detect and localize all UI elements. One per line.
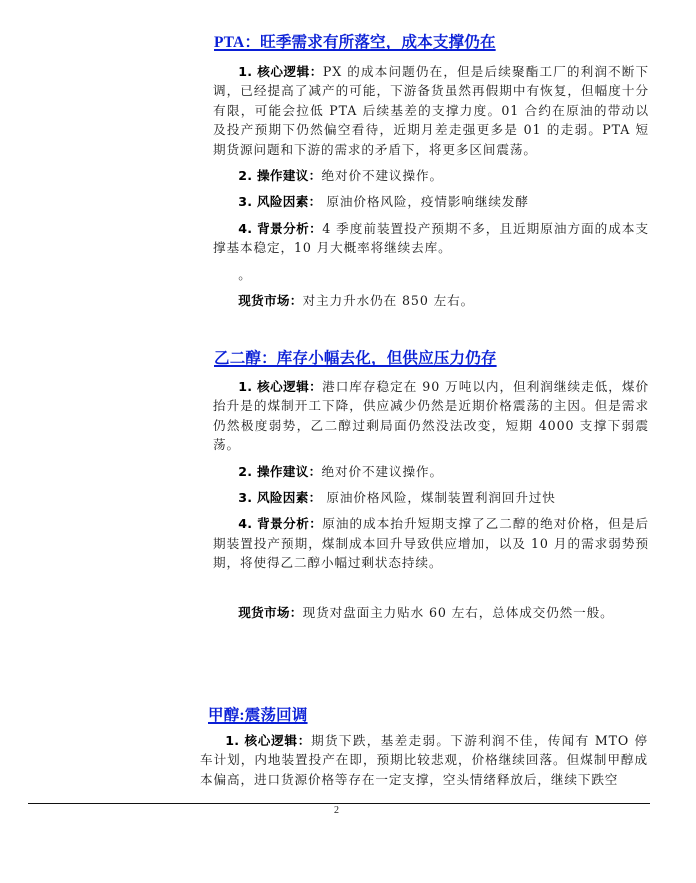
pta-operation-advice: 2. 操作建议：绝对价不建议操作。: [213, 166, 649, 185]
label: 3. 风险因素：: [238, 194, 321, 209]
label: 4. 背景分析：: [238, 516, 322, 531]
section-title-pta: PTA：旺季需求有所落空，成本支撑仍在: [214, 30, 496, 52]
section-title-methanol: 甲醇:震荡回调: [208, 703, 308, 725]
eg-core-logic: 1. 核心逻辑：港口库存稳定在 90 万吨以内，但利润继续走低，煤价抬升是的煤制…: [213, 377, 649, 455]
label: 4. 背景分析：: [238, 221, 322, 236]
section-title-ethylene-glycol: 乙二醇：库存小幅去化，但供应压力仍存: [214, 346, 497, 368]
eg-operation-advice: 2. 操作建议：绝对价不建议操作。: [213, 462, 649, 481]
footer-divider: [28, 803, 650, 804]
label: 1. 核心逻辑：: [238, 64, 323, 79]
pta-background-analysis: 4. 背景分析：4 季度前装置投产预期不多，且近期原油方面的成本支撑基本稳定，1…: [213, 219, 649, 258]
text: 原油价格风险，疫情影响继续发酵: [322, 194, 529, 209]
label: 1. 核心逻辑：: [238, 379, 322, 394]
text: 绝对价不建议操作。: [322, 464, 443, 479]
text: 对主力升水仍在 850 左右。: [303, 293, 474, 308]
pta-risk-factors: 3. 风险因素： 原油价格风险，疫情影响继续发酵: [213, 192, 649, 211]
eg-background-analysis: 4. 背景分析：原油的成本抬升短期支撑了乙二醇的绝对价格，但是后期装置投产预期，…: [213, 514, 649, 572]
label: 2. 操作建议：: [238, 168, 321, 183]
text: 现货对盘面主力贴水 60 左右，总体成交仍然一般。: [303, 605, 614, 620]
label: 3. 风险因素：: [238, 490, 321, 505]
pta-core-logic: 1. 核心逻辑：PX 的成本问题仍在，但是后续聚酯工厂的利润不断下调，已经提高了…: [213, 62, 649, 159]
label: 现货市场：: [238, 605, 302, 620]
text: 。: [238, 267, 252, 282]
label: 1. 核心逻辑：: [225, 733, 311, 748]
page-number: 2: [334, 805, 339, 816]
label: 2. 操作建议：: [238, 464, 321, 479]
section-body-ethylene-glycol: 1. 核心逻辑：港口库存稳定在 90 万吨以内，但利润继续走低，煤价抬升是的煤制…: [213, 377, 649, 622]
eg-risk-factors: 3. 风险因素： 原油价格风险，煤制装置利润回升过快: [213, 488, 649, 507]
text: 原油价格风险，煤制装置利润回升过快: [322, 490, 556, 505]
pta-spot-market: 现货市场：对主力升水仍在 850 左右。: [213, 291, 649, 310]
section-body-methanol: 1. 核心逻辑：期货下跌，基差走弱。下游利润不佳，传闻有 MTO 停车计划，内地…: [200, 731, 648, 789]
methanol-core-logic: 1. 核心逻辑：期货下跌，基差走弱。下游利润不佳，传闻有 MTO 停车计划，内地…: [200, 731, 648, 789]
text: 绝对价不建议操作。: [322, 168, 443, 183]
label: 现货市场：: [238, 293, 302, 308]
eg-spot-market: 现货市场：现货对盘面主力贴水 60 左右，总体成交仍然一般。: [213, 603, 649, 622]
section-body-pta: 1. 核心逻辑：PX 的成本问题仍在，但是后续聚酯工厂的利润不断下调，已经提高了…: [213, 62, 649, 310]
pta-stray-period: 。: [213, 265, 649, 284]
